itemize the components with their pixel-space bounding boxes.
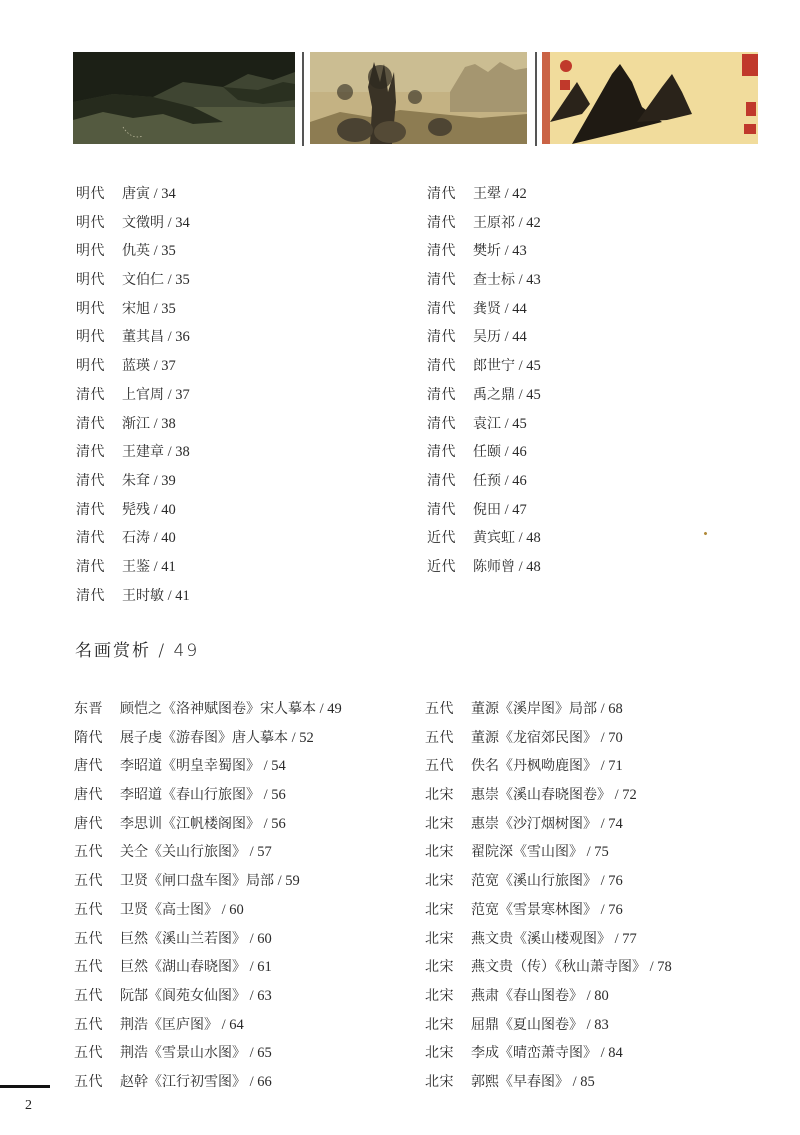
index-entry: 清代王时敏 / 41 — [76, 582, 190, 611]
index-entry: 五代巨然《湖山春晓图》 / 61 — [74, 953, 342, 982]
page-number: 44 — [512, 301, 527, 317]
era-label: 五代 — [425, 724, 471, 753]
page-number: 76 — [608, 902, 623, 918]
page-number: 56 — [271, 787, 286, 803]
entry-title: 郎世宁 — [473, 352, 515, 381]
footer-rule — [0, 1085, 50, 1088]
entry-title: 卫贤《高士图》 — [120, 896, 218, 925]
era-label: 清代 — [76, 381, 122, 410]
page-number: 80 — [594, 988, 609, 1004]
index-entry: 清代任颐 / 46 — [427, 438, 541, 467]
era-label: 五代 — [425, 752, 471, 781]
era-label: 清代 — [76, 467, 122, 496]
entry-title: 巨然《溪山兰若图》 — [120, 925, 246, 954]
era-label: 北宋 — [425, 838, 471, 867]
section-page: 49 — [174, 641, 200, 661]
index-entry: 五代关仝《关山行旅图》 / 57 — [74, 838, 342, 867]
index-entry: 五代卫贤《闸口盘车图》局部 / 59 — [74, 867, 342, 896]
page-number: 56 — [271, 816, 286, 832]
index-entry: 近代黄宾虹 / 48 — [427, 524, 541, 553]
entry-title: 黄宾虹 — [473, 524, 515, 553]
era-label: 五代 — [74, 982, 120, 1011]
index-entry: 清代王建章 / 38 — [76, 438, 190, 467]
era-label: 北宋 — [425, 1039, 471, 1068]
section-heading: 名画赏析 / 49 — [75, 636, 199, 661]
index-entry: 清代查士标 / 43 — [427, 266, 541, 295]
page-number: 41 — [175, 588, 190, 604]
entry-title: 燕文贵（传）《秋山萧寺图》 — [471, 953, 646, 982]
era-label: 明代 — [76, 295, 122, 324]
era-label: 五代 — [74, 925, 120, 954]
entry-title: 范宽《溪山行旅图》 — [471, 867, 597, 896]
era-label: 清代 — [427, 438, 473, 467]
era-label: 清代 — [76, 553, 122, 582]
index-entry: 五代卫贤《高士图》 / 60 — [74, 896, 342, 925]
page-number: 78 — [657, 959, 672, 975]
page-number: 65 — [257, 1045, 272, 1061]
entry-title: 樊圻 — [473, 237, 501, 266]
page-number: 35 — [161, 243, 176, 259]
era-label: 北宋 — [425, 867, 471, 896]
era-label: 五代 — [74, 1011, 120, 1040]
banner-separator — [535, 52, 537, 146]
era-label: 清代 — [427, 180, 473, 209]
artist-index-left: 明代唐寅 / 34 明代文徵明 / 34 明代仇英 / 35 明代文伯仁 / 3… — [76, 180, 190, 610]
index-entry: 明代宋旭 / 35 — [76, 295, 190, 324]
index-entry: 清代吴历 / 44 — [427, 323, 541, 352]
page-number: 49 — [327, 701, 342, 717]
index-entry: 清代上官周 / 37 — [76, 381, 190, 410]
page-number: 71 — [608, 758, 623, 774]
page-number: 48 — [526, 559, 541, 575]
index-entry: 唐代李昭道《春山行旅图》 / 56 — [74, 781, 342, 810]
entry-title: 朱耷 — [122, 467, 150, 496]
entry-title: 顾恺之《洛神赋图卷》宋人摹本 — [120, 695, 316, 724]
entry-title: 宋旭 — [122, 295, 150, 324]
index-entry: 北宋范宽《雪景寒林图》 / 76 — [425, 896, 672, 925]
index-entry: 五代荆浩《雪景山水图》 / 65 — [74, 1039, 342, 1068]
era-label: 明代 — [76, 352, 122, 381]
page-number: 60 — [229, 902, 244, 918]
index-entry: 北宋惠崇《溪山春晓图卷》 / 72 — [425, 781, 672, 810]
index-entry: 北宋范宽《溪山行旅图》 / 76 — [425, 867, 672, 896]
era-label: 明代 — [76, 266, 122, 295]
entry-title: 范宽《雪景寒林图》 — [471, 896, 597, 925]
era-label: 清代 — [427, 209, 473, 238]
era-label: 五代 — [74, 838, 120, 867]
masterpiece-index-left: 东晋顾恺之《洛神赋图卷》宋人摹本 / 49 隋代展子虔《游春图》唐人摹本 / 5… — [74, 695, 342, 1097]
index-entry: 清代郎世宁 / 45 — [427, 352, 541, 381]
page-number: 37 — [161, 358, 176, 374]
index-entry: 北宋郭熙《早春图》 / 85 — [425, 1068, 672, 1097]
entry-title: 李昭道《明皇幸蜀图》 — [120, 752, 260, 781]
era-label: 清代 — [427, 237, 473, 266]
index-entry: 清代王翚 / 42 — [427, 180, 541, 209]
index-entry: 北宋燕肃《春山图卷》 / 80 — [425, 982, 672, 1011]
era-label: 清代 — [427, 381, 473, 410]
era-label: 五代 — [74, 896, 120, 925]
entry-title: 荆浩《雪景山水图》 — [120, 1039, 246, 1068]
index-entry: 清代王鉴 / 41 — [76, 553, 190, 582]
page-number: 34 — [161, 186, 176, 202]
index-entry: 清代龚贤 / 44 — [427, 295, 541, 324]
index-entry: 五代赵幹《江行初雪图》 / 66 — [74, 1068, 342, 1097]
page-folio: 2 — [25, 1098, 32, 1114]
era-label: 北宋 — [425, 781, 471, 810]
entry-title: 董其昌 — [122, 323, 164, 352]
entry-title: 髡残 — [122, 496, 150, 525]
entry-title: 上官周 — [122, 381, 164, 410]
page-number: 44 — [512, 329, 527, 345]
page-number: 35 — [175, 272, 190, 288]
page-number: 68 — [608, 701, 623, 717]
index-entry: 清代任预 / 46 — [427, 467, 541, 496]
entry-title: 燕肃《春山图卷》 — [471, 982, 583, 1011]
scan-speck — [703, 531, 707, 535]
era-label: 清代 — [76, 524, 122, 553]
era-label: 清代 — [427, 496, 473, 525]
index-entry: 北宋惠崇《沙汀烟树图》 / 74 — [425, 810, 672, 839]
entry-title: 蓝瑛 — [122, 352, 150, 381]
era-label: 明代 — [76, 237, 122, 266]
entry-title: 文伯仁 — [122, 266, 164, 295]
era-label: 清代 — [427, 323, 473, 352]
entry-title: 赵幹《江行初雪图》 — [120, 1068, 246, 1097]
era-label: 明代 — [76, 209, 122, 238]
page-number: 42 — [512, 186, 527, 202]
index-entry: 东晋顾恺之《洛神赋图卷》宋人摹本 / 49 — [74, 695, 342, 724]
entry-title: 李昭道《春山行旅图》 — [120, 781, 260, 810]
page-number: 84 — [608, 1045, 623, 1061]
entry-title: 王时敏 — [122, 582, 164, 611]
entry-title: 渐江 — [122, 410, 150, 439]
index-entry: 五代董源《溪岸图》局部 / 68 — [425, 695, 672, 724]
entry-title: 李思训《江帆楼阁图》 — [120, 810, 260, 839]
era-label: 唐代 — [74, 752, 120, 781]
page-number: 38 — [161, 416, 176, 432]
entry-title: 董源《溪岸图》局部 — [471, 695, 597, 724]
painting-banner — [0, 52, 800, 146]
era-label: 隋代 — [74, 724, 120, 753]
entry-title: 李成《晴峦萧寺图》 — [471, 1039, 597, 1068]
index-entry: 清代倪田 / 47 — [427, 496, 541, 525]
index-entry: 明代蓝瑛 / 37 — [76, 352, 190, 381]
page-number: 64 — [229, 1017, 244, 1033]
page-number: 77 — [622, 931, 637, 947]
index-entry: 隋代展子虔《游春图》唐人摹本 / 52 — [74, 724, 342, 753]
era-label: 五代 — [74, 1068, 120, 1097]
entry-title: 任预 — [473, 467, 501, 496]
era-label: 清代 — [76, 582, 122, 611]
banner-separator — [302, 52, 304, 146]
page-number: 46 — [512, 473, 527, 489]
page-number: 39 — [161, 473, 176, 489]
entry-title: 仇英 — [122, 237, 150, 266]
index-entry: 明代唐寅 / 34 — [76, 180, 190, 209]
page-number: 83 — [594, 1017, 609, 1033]
era-label: 五代 — [74, 867, 120, 896]
page-number: 37 — [175, 387, 190, 403]
entry-title: 关仝《关山行旅图》 — [120, 838, 246, 867]
era-label: 北宋 — [425, 1011, 471, 1040]
era-label: 近代 — [427, 524, 473, 553]
index-entry: 北宋李成《晴峦萧寺图》 / 84 — [425, 1039, 672, 1068]
index-entry: 明代董其昌 / 36 — [76, 323, 190, 352]
page-number: 59 — [285, 873, 300, 889]
index-entry: 五代阮郜《阆苑女仙图》 / 63 — [74, 982, 342, 1011]
entry-title: 袁江 — [473, 410, 501, 439]
page-number: 61 — [257, 959, 272, 975]
era-label: 清代 — [427, 266, 473, 295]
page-number: 45 — [526, 387, 541, 403]
era-label: 明代 — [76, 180, 122, 209]
page-number: 60 — [257, 931, 272, 947]
page-number: 35 — [161, 301, 176, 317]
index-entry: 清代王原祁 / 42 — [427, 209, 541, 238]
index-entry: 清代樊圻 / 43 — [427, 237, 541, 266]
era-label: 唐代 — [74, 810, 120, 839]
page-number: 36 — [175, 329, 190, 345]
entry-title: 屈鼎《夏山图卷》 — [471, 1011, 583, 1040]
index-entry: 五代巨然《溪山兰若图》 / 60 — [74, 925, 342, 954]
era-label: 清代 — [76, 496, 122, 525]
page-number: 63 — [257, 988, 272, 1004]
entry-title: 卫贤《闸口盘车图》局部 — [120, 867, 274, 896]
page-number: 45 — [512, 416, 527, 432]
era-label: 清代 — [427, 410, 473, 439]
entry-title: 任颐 — [473, 438, 501, 467]
entry-title: 燕文贵《溪山楼观图》 — [471, 925, 611, 954]
index-entry: 清代石涛 / 40 — [76, 524, 190, 553]
era-label: 清代 — [427, 467, 473, 496]
page-number: 41 — [161, 559, 176, 575]
entry-title: 荆浩《匡庐图》 — [120, 1011, 218, 1040]
page-number: 45 — [526, 358, 541, 374]
era-label: 北宋 — [425, 1068, 471, 1097]
entry-title: 阮郜《阆苑女仙图》 — [120, 982, 246, 1011]
entry-title: 惠崇《沙汀烟树图》 — [471, 810, 597, 839]
entry-title: 查士标 — [473, 266, 515, 295]
entry-title: 郭熙《早春图》 — [471, 1068, 569, 1097]
entry-title: 吴历 — [473, 323, 501, 352]
era-label: 唐代 — [74, 781, 120, 810]
era-label: 北宋 — [425, 953, 471, 982]
index-entry: 清代髡残 / 40 — [76, 496, 190, 525]
page-number: 85 — [580, 1074, 595, 1090]
era-label: 清代 — [427, 352, 473, 381]
entry-title: 龚贤 — [473, 295, 501, 324]
painting-mountains-with-seals — [542, 52, 758, 144]
page-number: 48 — [526, 530, 541, 546]
era-label: 清代 — [427, 295, 473, 324]
index-entry: 明代仇英 / 35 — [76, 237, 190, 266]
entry-title: 王翚 — [473, 180, 501, 209]
entry-title: 董源《龙宿郊民图》 — [471, 724, 597, 753]
index-entry: 五代董源《龙宿郊民图》 / 70 — [425, 724, 672, 753]
page-number: 57 — [257, 844, 272, 860]
index-entry: 明代文伯仁 / 35 — [76, 266, 190, 295]
page-number: 75 — [594, 844, 609, 860]
era-label: 近代 — [427, 553, 473, 582]
era-label: 五代 — [74, 953, 120, 982]
index-entry: 唐代李昭道《明皇幸蜀图》 / 54 — [74, 752, 342, 781]
page-number: 42 — [526, 215, 541, 231]
entry-title: 王原祁 — [473, 209, 515, 238]
painting-dark-ink-landscape — [73, 52, 295, 144]
page-number: 43 — [512, 243, 527, 259]
index-entry: 明代文徵明 / 34 — [76, 209, 190, 238]
page-number: 54 — [271, 758, 286, 774]
entry-title: 唐寅 — [122, 180, 150, 209]
entry-title: 佚名《丹枫呦鹿图》 — [471, 752, 597, 781]
page-number: 46 — [512, 444, 527, 460]
era-label: 清代 — [76, 438, 122, 467]
section-title: 名画赏析 — [75, 641, 151, 661]
entry-title: 石涛 — [122, 524, 150, 553]
index-entry: 清代朱耷 / 39 — [76, 467, 190, 496]
page-number: 74 — [608, 816, 623, 832]
entry-title: 惠崇《溪山春晓图卷》 — [471, 781, 611, 810]
index-entry: 清代渐江 / 38 — [76, 410, 190, 439]
index-entry: 北宋屈鼎《夏山图卷》 / 83 — [425, 1011, 672, 1040]
page-number: 72 — [622, 787, 637, 803]
entry-title: 陈师曾 — [473, 553, 515, 582]
era-label: 东晋 — [74, 695, 120, 724]
page-number: 43 — [526, 272, 541, 288]
index-entry: 北宋翟院深《雪山图》 / 75 — [425, 838, 672, 867]
page-number: 70 — [608, 730, 623, 746]
index-entry: 清代袁江 / 45 — [427, 410, 541, 439]
era-label: 五代 — [74, 1039, 120, 1068]
era-label: 北宋 — [425, 896, 471, 925]
entry-title: 倪田 — [473, 496, 501, 525]
era-label: 北宋 — [425, 810, 471, 839]
era-label: 北宋 — [425, 982, 471, 1011]
entry-title: 文徵明 — [122, 209, 164, 238]
era-label: 明代 — [76, 323, 122, 352]
index-entry: 北宋燕文贵（传）《秋山萧寺图》 / 78 — [425, 953, 672, 982]
page-number: 38 — [175, 444, 190, 460]
artist-index-right: 清代王翚 / 42 清代王原祁 / 42 清代樊圻 / 43 清代查士标 / 4… — [427, 180, 541, 582]
index-entry: 清代禹之鼎 / 45 — [427, 381, 541, 410]
index-entry: 北宋燕文贵《溪山楼观图》 / 77 — [425, 925, 672, 954]
page-number: 66 — [257, 1074, 272, 1090]
page-number: 40 — [161, 530, 176, 546]
entry-title: 巨然《湖山春晓图》 — [120, 953, 246, 982]
page-number: 34 — [175, 215, 190, 231]
page-number: 52 — [299, 730, 314, 746]
page-number: 47 — [512, 502, 527, 518]
entry-title: 翟院深《雪山图》 — [471, 838, 583, 867]
entry-title: 禹之鼎 — [473, 381, 515, 410]
page-number: 40 — [161, 502, 176, 518]
era-label: 五代 — [425, 695, 471, 724]
era-label: 北宋 — [425, 925, 471, 954]
entry-title: 王建章 — [122, 438, 164, 467]
page-number: 76 — [608, 873, 623, 889]
index-entry: 五代佚名《丹枫呦鹿图》 / 71 — [425, 752, 672, 781]
entry-title: 王鉴 — [122, 553, 150, 582]
era-label: 清代 — [76, 410, 122, 439]
index-entry: 近代陈师曾 / 48 — [427, 553, 541, 582]
painting-trees-rocks-landscape — [310, 52, 527, 144]
masterpiece-index-right: 五代董源《溪岸图》局部 / 68 五代董源《龙宿郊民图》 / 70 五代佚名《丹… — [425, 695, 672, 1097]
entry-title: 展子虔《游春图》唐人摹本 — [120, 724, 288, 753]
index-entry: 唐代李思训《江帆楼阁图》 / 56 — [74, 810, 342, 839]
index-entry: 五代荆浩《匡庐图》 / 64 — [74, 1011, 342, 1040]
